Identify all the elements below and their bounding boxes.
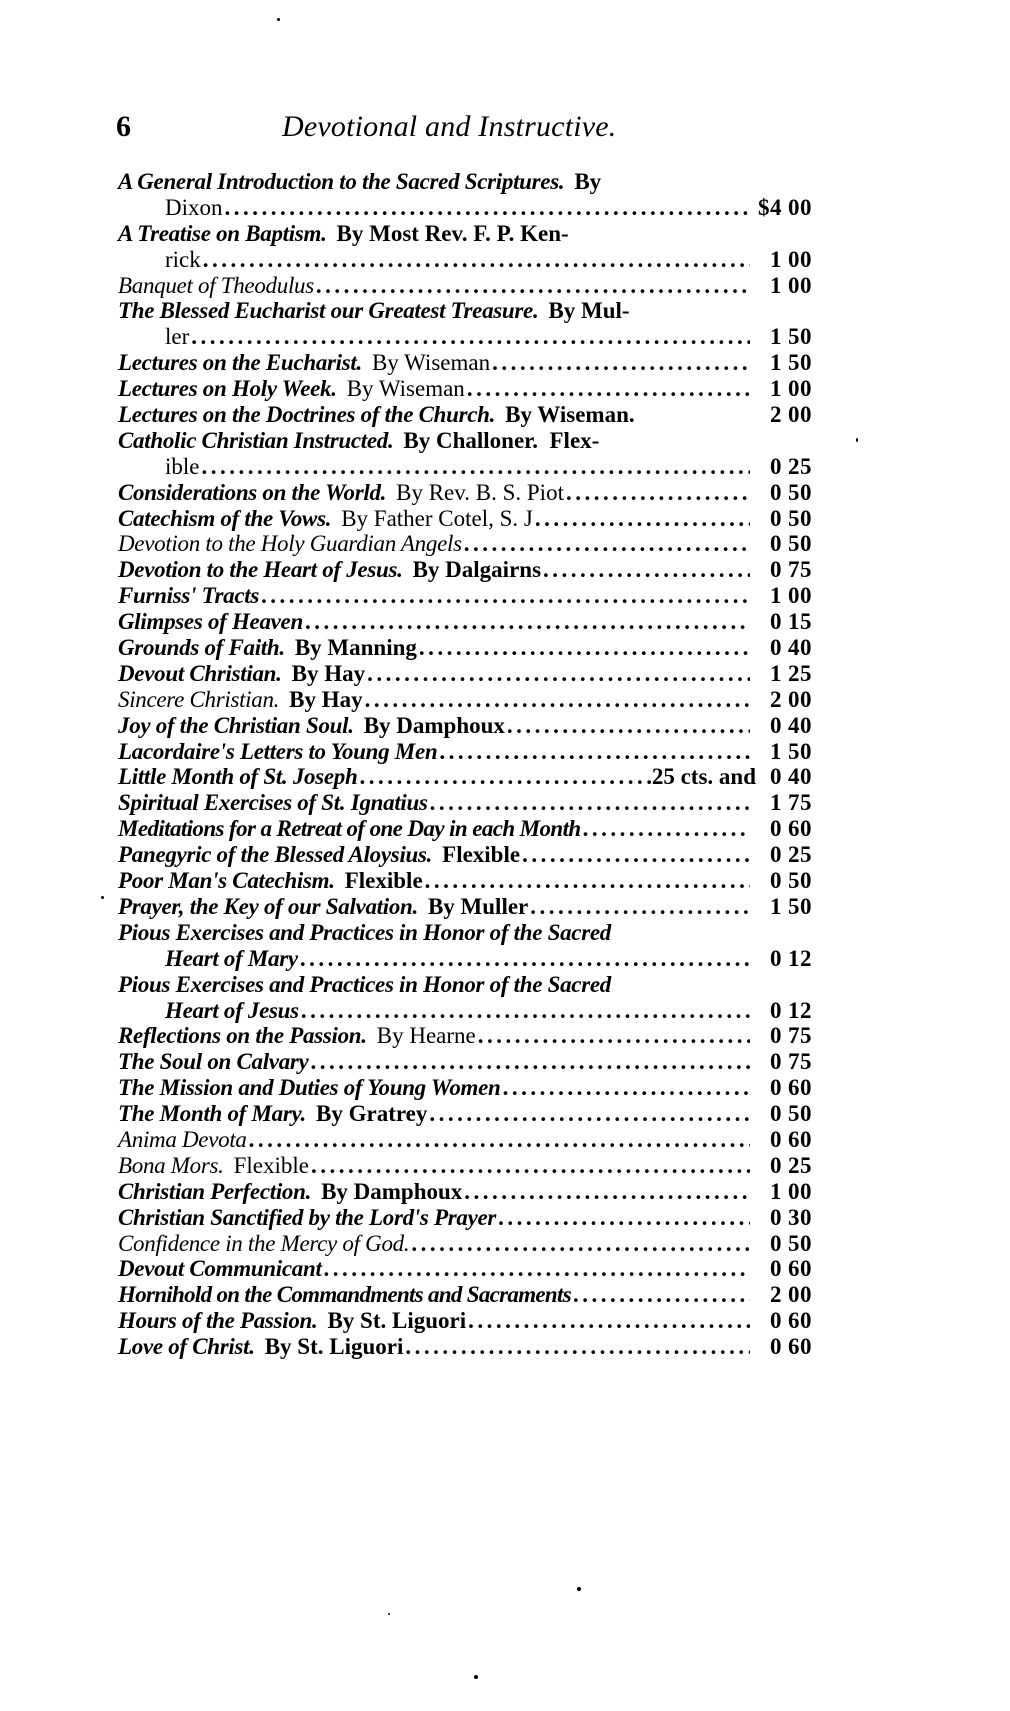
catalog-entry-continuation: ible 025 bbox=[118, 454, 812, 480]
price-cents: 00 bbox=[788, 247, 812, 272]
leader-dots bbox=[316, 273, 750, 299]
catalog-entry: Devotion to the Holy Guardian Angels 050 bbox=[118, 531, 812, 557]
entry-price: 100 bbox=[756, 273, 812, 299]
catalog-entry: Lectures on the Eucharist. By Wiseman 15… bbox=[118, 350, 812, 376]
price-cents: 12 bbox=[788, 946, 812, 971]
catalog-entry: Confidence in the Mercy of God. 050 bbox=[118, 1231, 812, 1257]
entry-author: By Father Cotel, S. J bbox=[341, 506, 533, 532]
price-dollars: 0 bbox=[770, 713, 782, 738]
entry-price: 200 bbox=[756, 687, 812, 713]
leader-dots bbox=[464, 531, 750, 557]
price-dollars: 0 bbox=[770, 764, 782, 789]
price-cents: 00 bbox=[788, 402, 812, 427]
leader-dots bbox=[498, 1205, 750, 1231]
entry-title: The Soul on Calvary bbox=[118, 1049, 308, 1075]
entry-continuation-title: Heart of Mary bbox=[165, 946, 298, 972]
entry-continuation: ler bbox=[165, 324, 189, 350]
price-cents: 00 bbox=[788, 195, 812, 220]
leader-dots bbox=[543, 557, 750, 583]
catalog-entry: Love of Christ. By St. Liguori 060 bbox=[118, 1334, 812, 1360]
price-dollars: 1 bbox=[770, 583, 782, 608]
entry-title: Love of Christ. bbox=[118, 1334, 255, 1360]
entry-author: By Hearne bbox=[377, 1023, 476, 1049]
entry-title: Confidence in the Mercy of God. bbox=[118, 1231, 409, 1257]
entry-price: 012 bbox=[756, 946, 812, 972]
price-dollars: 0 bbox=[770, 1334, 782, 1359]
price-cents: 25 bbox=[788, 1153, 812, 1178]
leader-dots bbox=[411, 1231, 750, 1257]
price-dollars: 0 bbox=[770, 868, 782, 893]
entry-title: Lectures on the Doctrines of the Church. bbox=[118, 402, 495, 428]
entry-price: 040 bbox=[762, 764, 812, 790]
entry-title: Meditations for a Retreat of one Day in … bbox=[118, 816, 581, 842]
entry-title: Lectures on the Eucharist. bbox=[118, 350, 362, 376]
entry-title: Devotion to the Heart of Jesus. bbox=[118, 557, 403, 583]
catalog-entry-continuation: rick 100 bbox=[118, 247, 812, 273]
entry-title: Pious Exercises and Practices in Honor o… bbox=[118, 920, 611, 946]
price-dollars: 0 bbox=[770, 506, 782, 531]
book-catalog-list: A General Introduction to the Sacred Scr… bbox=[118, 169, 812, 1360]
leader-dots bbox=[507, 713, 750, 739]
price-cents: 15 bbox=[788, 609, 812, 634]
price-cents: 00 bbox=[788, 687, 812, 712]
price-cents: 50 bbox=[788, 531, 812, 556]
entry-title: The Mission and Duties of Young Women bbox=[118, 1075, 501, 1101]
entry-price: 050 bbox=[756, 506, 812, 532]
price-dollars: 0 bbox=[770, 816, 782, 841]
price-dollars: 0 bbox=[770, 946, 782, 971]
price-cents: 30 bbox=[788, 1205, 812, 1230]
entry-title: Reflections on the Passion. bbox=[118, 1023, 367, 1049]
catalog-entry: Furniss' Tracts 100 bbox=[118, 583, 812, 609]
scan-speck bbox=[474, 1675, 478, 1679]
entry-author: By Wiseman. bbox=[505, 402, 635, 428]
catalog-entry: Devout Christian. By Hay 125 bbox=[118, 661, 812, 687]
entry-continuation: ible bbox=[165, 454, 200, 480]
price-cents: 50 bbox=[788, 350, 812, 375]
entry-author: By Hay bbox=[292, 661, 365, 687]
catalog-entry-continuation: Dixon $400 bbox=[118, 195, 812, 221]
price-cents: 75 bbox=[788, 557, 812, 582]
entry-author: By Most Rev. F. P. Ken- bbox=[337, 221, 569, 247]
entry-price: 025 bbox=[756, 842, 812, 868]
price-cents: 00 bbox=[788, 1282, 812, 1307]
leader-dots bbox=[225, 195, 751, 221]
entry-title: Anima Devota bbox=[118, 1127, 247, 1153]
entry-price: 150 bbox=[756, 739, 812, 765]
catalog-entry: Hornihold on the Commandments and Sacram… bbox=[118, 1282, 812, 1308]
entry-price: 100 bbox=[756, 376, 812, 402]
entry-author: By Muller bbox=[428, 894, 528, 920]
entry-author: By Damphoux bbox=[321, 1179, 462, 1205]
entry-price: 012 bbox=[756, 998, 812, 1024]
price-dollars: 1 bbox=[770, 376, 782, 401]
leader-dots bbox=[439, 739, 750, 765]
entry-title: Lacordaire's Letters to Young Men bbox=[118, 739, 437, 765]
catalog-page: 6 Devotional and Instructive. A General … bbox=[0, 0, 1010, 1711]
entry-price: 050 bbox=[756, 480, 812, 506]
entry-author: By St. Liguori bbox=[327, 1308, 466, 1334]
price-cents: 60 bbox=[788, 1308, 812, 1333]
price-dollars: 1 bbox=[770, 350, 782, 375]
scan-speck bbox=[388, 1613, 390, 1615]
entry-author: Flexible bbox=[345, 868, 423, 894]
price-dollars: 0 bbox=[770, 1153, 782, 1178]
catalog-entry: Christian Sanctified by the Lord's Praye… bbox=[118, 1205, 812, 1231]
price-dollars: 0 bbox=[770, 1075, 782, 1100]
entry-title: Banquet of Theodulus bbox=[118, 273, 314, 299]
entry-price: 060 bbox=[756, 1127, 812, 1153]
entry-title: Devout Communicant bbox=[118, 1256, 322, 1282]
entry-price: 100 bbox=[756, 1179, 812, 1205]
catalog-entry-continuation: Heart of Jesus 012 bbox=[118, 998, 812, 1024]
leader-dots bbox=[535, 506, 750, 532]
price-cents: 00 bbox=[788, 583, 812, 608]
leader-dots bbox=[261, 583, 750, 609]
entry-price: 150 bbox=[756, 350, 812, 376]
entry-price: 060 bbox=[756, 1308, 812, 1334]
entry-title: A Treatise on Baptism. bbox=[118, 221, 327, 247]
leader-dots bbox=[301, 998, 750, 1024]
catalog-entry: Sincere Christian. By Hay 200 bbox=[118, 687, 812, 713]
price-cents: 40 bbox=[788, 635, 812, 660]
price-cents: 50 bbox=[788, 324, 812, 349]
entry-price: 050 bbox=[756, 1101, 812, 1127]
leader-dots bbox=[503, 1075, 750, 1101]
price-dollars: 0 bbox=[770, 1256, 782, 1281]
price-dollars: 1 bbox=[770, 894, 782, 919]
entry-title: Hours of the Passion. bbox=[118, 1308, 317, 1334]
scan-speck bbox=[577, 1587, 581, 1591]
price-dollars: 1 bbox=[770, 1179, 782, 1204]
entry-author: By Rev. B. S. Piot bbox=[396, 480, 564, 506]
scan-speck bbox=[277, 18, 280, 21]
entry-author: By St. Liguori bbox=[265, 1334, 404, 1360]
price-dollars: 2 bbox=[770, 402, 782, 427]
catalog-entry: A General Introduction to the Sacred Scr… bbox=[118, 169, 812, 195]
entry-price: 050 bbox=[756, 531, 812, 557]
entry-price: 050 bbox=[756, 1231, 812, 1257]
entry-continuation: rick bbox=[165, 247, 201, 273]
catalog-entry-continuation: Heart of Mary 012 bbox=[118, 946, 812, 972]
price-dollars: 0 bbox=[770, 842, 782, 867]
price-cents: 60 bbox=[788, 1075, 812, 1100]
price-cents: 60 bbox=[788, 1334, 812, 1359]
catalog-entry: Anima Devota 060 bbox=[118, 1127, 812, 1153]
scan-speck bbox=[101, 896, 104, 899]
entry-price: 150 bbox=[756, 324, 812, 350]
entry-author: By Challoner. Flex- bbox=[403, 428, 599, 454]
scan-speck bbox=[856, 438, 858, 442]
catalog-entry: Meditations for a Retreat of one Day in … bbox=[118, 816, 812, 842]
catalog-entry: Lectures on the Doctrines of the Church.… bbox=[118, 402, 812, 428]
entry-price: 050 bbox=[756, 868, 812, 894]
entry-price: 175 bbox=[756, 790, 812, 816]
price-cents: 50 bbox=[788, 1101, 812, 1126]
price-cents: 50 bbox=[788, 506, 812, 531]
price-cents: 40 bbox=[788, 764, 812, 789]
price-cents: 75 bbox=[788, 790, 812, 815]
entry-price: 100 bbox=[756, 583, 812, 609]
price-cents: 50 bbox=[788, 868, 812, 893]
catalog-entry: Lacordaire's Letters to Young Men 150 bbox=[118, 739, 812, 765]
price-cents: 50 bbox=[788, 739, 812, 764]
leader-dots bbox=[530, 894, 750, 920]
entry-price: 075 bbox=[756, 557, 812, 583]
leader-dots bbox=[467, 376, 750, 402]
catalog-entry: Reflections on the Passion. By Hearne 07… bbox=[118, 1023, 812, 1049]
entry-continuation-title: Heart of Jesus bbox=[165, 998, 299, 1024]
page-header: 6 Devotional and Instructive. bbox=[116, 110, 816, 150]
price-dollars: 1 bbox=[770, 247, 782, 272]
entry-title: Catholic Christian Instructed. bbox=[118, 428, 393, 454]
entry-title: Christian Sanctified by the Lord's Praye… bbox=[118, 1205, 496, 1231]
entry-title: Lectures on Holy Week. bbox=[118, 376, 337, 402]
leader-dots bbox=[311, 1153, 750, 1179]
price-dollars: 0 bbox=[770, 1101, 782, 1126]
leader-dots bbox=[310, 1049, 750, 1075]
entry-price: 200 bbox=[756, 402, 812, 428]
leader-dots bbox=[478, 1023, 750, 1049]
entry-author: Flexible bbox=[234, 1153, 309, 1179]
catalog-entry: Catholic Christian Instructed. By Challo… bbox=[118, 428, 812, 454]
entry-title: Christian Perfection. bbox=[118, 1179, 311, 1205]
price-dollars: 0 bbox=[770, 1023, 782, 1048]
running-title: Devotional and Instructive. bbox=[282, 110, 617, 144]
entry-price: 030 bbox=[756, 1205, 812, 1231]
entry-title: The Month of Mary. bbox=[118, 1101, 306, 1127]
price-dollars: 4 bbox=[770, 195, 782, 220]
catalog-entry: Devout Communicant 060 bbox=[118, 1256, 812, 1282]
price-dollars: 0 bbox=[770, 635, 782, 660]
leader-dots bbox=[324, 1256, 750, 1282]
catalog-entry: Banquet of Theodulus 100 bbox=[118, 273, 812, 299]
entry-price: 015 bbox=[756, 609, 812, 635]
price-cents: 00 bbox=[788, 376, 812, 401]
entry-author: By Damphoux bbox=[364, 713, 505, 739]
price-dollars: 0 bbox=[770, 998, 782, 1023]
entry-title: Bona Mors. bbox=[118, 1153, 224, 1179]
leader-dots bbox=[300, 946, 750, 972]
entry-author: By bbox=[574, 169, 601, 195]
entry-price: 100 bbox=[756, 247, 812, 273]
entry-price: 025 bbox=[756, 454, 812, 480]
price-dollars: 0 bbox=[770, 1205, 782, 1230]
price-dollars: 0 bbox=[770, 1231, 782, 1256]
catalog-entry: Grounds of Faith. By Manning 040 bbox=[118, 635, 812, 661]
leader-dots bbox=[468, 1308, 750, 1334]
entry-title: A General Introduction to the Sacred Scr… bbox=[118, 169, 564, 195]
currency-symbol: $ bbox=[758, 195, 770, 220]
entry-title: Grounds of Faith. bbox=[118, 635, 285, 661]
price-cents: 25 bbox=[788, 661, 812, 686]
entry-title: The Blessed Eucharist our Greatest Treas… bbox=[118, 298, 538, 324]
price-dollars: 2 bbox=[770, 1282, 782, 1307]
leader-dots bbox=[202, 454, 751, 480]
entry-author: By Dalgairns bbox=[413, 557, 541, 583]
leader-dots bbox=[430, 790, 750, 816]
price-cents: 75 bbox=[788, 1023, 812, 1048]
leader-dots bbox=[405, 1334, 750, 1360]
price-dollars: 1 bbox=[770, 324, 782, 349]
leader-dots bbox=[203, 247, 750, 273]
entry-price: 125 bbox=[756, 661, 812, 687]
price-cents: 60 bbox=[788, 1256, 812, 1281]
leader-dots bbox=[573, 1282, 750, 1308]
catalog-entry: Panegyric of the Blessed Aloysius. Flexi… bbox=[118, 842, 812, 868]
entry-title: Considerations on the World. bbox=[118, 480, 386, 506]
catalog-entry-continuation: ler 150 bbox=[118, 324, 812, 350]
leader-dots bbox=[464, 1179, 750, 1205]
price-dollars: 0 bbox=[770, 1127, 782, 1152]
entry-title: Devotion to the Holy Guardian Angels bbox=[118, 531, 462, 557]
catalog-entry: The Blessed Eucharist our Greatest Treas… bbox=[118, 298, 812, 324]
entry-price: 200 bbox=[756, 1282, 812, 1308]
entry-price: 060 bbox=[756, 1334, 812, 1360]
entry-title: Devout Christian. bbox=[118, 661, 282, 687]
entry-title: Little Month of St. Joseph bbox=[118, 764, 357, 790]
entry-author: By Wiseman bbox=[372, 350, 490, 376]
page-number: 6 bbox=[116, 110, 131, 144]
entry-title: Glimpses of Heaven bbox=[118, 609, 303, 635]
entry-price: 060 bbox=[756, 816, 812, 842]
price-dollars: 1 bbox=[770, 661, 782, 686]
catalog-entry: The Mission and Duties of Young Women 06… bbox=[118, 1075, 812, 1101]
price-dollars: 0 bbox=[770, 1308, 782, 1333]
entry-price: 075 bbox=[756, 1049, 812, 1075]
catalog-entry: Poor Man's Catechism. Flexible 050 bbox=[118, 868, 812, 894]
catalog-entry: Joy of the Christian Soul. By Damphoux 0… bbox=[118, 713, 812, 739]
entry-title: Joy of the Christian Soul. bbox=[118, 713, 354, 739]
price-cents: 25 bbox=[788, 454, 812, 479]
price-dollars: 0 bbox=[770, 454, 782, 479]
catalog-entry: The Month of Mary. By Gratrey 050 bbox=[118, 1101, 812, 1127]
price-dollars: 1 bbox=[770, 739, 782, 764]
entry-title: Pious Exercises and Practices in Honor o… bbox=[118, 972, 611, 998]
entry-continuation: Dixon bbox=[165, 195, 223, 221]
price-cents: 50 bbox=[788, 1231, 812, 1256]
price-cents: 40 bbox=[788, 713, 812, 738]
entry-author: By Mul- bbox=[548, 298, 629, 324]
catalog-entry: Hours of the Passion. By St. Liguori 060 bbox=[118, 1308, 812, 1334]
price-dollars: 1 bbox=[770, 790, 782, 815]
price-dollars: 0 bbox=[770, 1049, 782, 1074]
entry-author: By Manning bbox=[295, 635, 417, 661]
leader-dots bbox=[429, 1101, 750, 1127]
price-cents: 60 bbox=[788, 1127, 812, 1152]
catalog-entry: Pious Exercises and Practices in Honor o… bbox=[118, 920, 812, 946]
price-cents: 25 bbox=[788, 842, 812, 867]
catalog-entry: Lectures on Holy Week. By Wiseman 100 bbox=[118, 376, 812, 402]
catalog-entry: A Treatise on Baptism. By Most Rev. F. P… bbox=[118, 221, 812, 247]
catalog-entry: Little Month of St. Joseph 25 cts. and 0… bbox=[118, 764, 812, 790]
entry-price: 040 bbox=[756, 635, 812, 661]
entry-price: 060 bbox=[756, 1256, 812, 1282]
price-dollars: 0 bbox=[770, 531, 782, 556]
catalog-entry: The Soul on Calvary 075 bbox=[118, 1049, 812, 1075]
price-dollars: 0 bbox=[770, 557, 782, 582]
price-dollars: 0 bbox=[770, 609, 782, 634]
catalog-entry: Devotion to the Heart of Jesus. By Dalga… bbox=[118, 557, 812, 583]
entry-title: Spiritual Exercises of St. Ignatius bbox=[118, 790, 428, 816]
entry-price: 060 bbox=[756, 1075, 812, 1101]
entry-title: Hornihold on the Commandments and Sacram… bbox=[118, 1282, 571, 1308]
entry-price: 075 bbox=[756, 1023, 812, 1049]
price-cents: 50 bbox=[788, 894, 812, 919]
leader-dots bbox=[305, 609, 750, 635]
entry-title: Catechism of the Vows. bbox=[118, 506, 331, 532]
catalog-entry: Bona Mors. Flexible 025 bbox=[118, 1153, 812, 1179]
price-note: 25 cts. and bbox=[652, 764, 756, 790]
entry-author: By Hay bbox=[289, 687, 362, 713]
entry-price: $400 bbox=[756, 195, 812, 221]
leader-dots bbox=[359, 764, 651, 790]
price-dollars: 1 bbox=[770, 273, 782, 298]
entry-price: 040 bbox=[756, 713, 812, 739]
leader-dots bbox=[492, 350, 750, 376]
entry-author: Flexible bbox=[442, 842, 520, 868]
leader-dots bbox=[365, 687, 750, 713]
catalog-entry: Glimpses of Heaven 015 bbox=[118, 609, 812, 635]
entry-title: Prayer, the Key of our Salvation. bbox=[118, 894, 418, 920]
entry-title: Sincere Christian. bbox=[118, 687, 279, 713]
catalog-entry: Pious Exercises and Practices in Honor o… bbox=[118, 972, 812, 998]
price-cents: 12 bbox=[788, 998, 812, 1023]
entry-price: 025 bbox=[756, 1153, 812, 1179]
price-cents: 00 bbox=[788, 273, 812, 298]
entry-title: Furniss' Tracts bbox=[118, 583, 259, 609]
leader-dots bbox=[367, 661, 750, 687]
catalog-entry: Considerations on the World. By Rev. B. … bbox=[118, 480, 812, 506]
price-cents: 50 bbox=[788, 480, 812, 505]
catalog-entry: Spiritual Exercises of St. Ignatius 175 bbox=[118, 790, 812, 816]
leader-dots bbox=[191, 324, 750, 350]
catalog-entry: Prayer, the Key of our Salvation. By Mul… bbox=[118, 894, 812, 920]
leader-dots bbox=[425, 868, 750, 894]
entry-price: 150 bbox=[756, 894, 812, 920]
entry-title: Poor Man's Catechism. bbox=[118, 868, 335, 894]
leader-dots bbox=[566, 480, 750, 506]
entry-author: By Gratrey bbox=[316, 1101, 427, 1127]
entry-author: By Wiseman bbox=[347, 376, 465, 402]
leader-dots bbox=[419, 635, 750, 661]
price-cents: 60 bbox=[788, 816, 812, 841]
price-dollars: 2 bbox=[770, 687, 782, 712]
price-dollars: 0 bbox=[770, 480, 782, 505]
leader-dots bbox=[522, 842, 750, 868]
price-cents: 75 bbox=[788, 1049, 812, 1074]
entry-title: Panegyric of the Blessed Aloysius. bbox=[118, 842, 432, 868]
catalog-entry: Christian Perfection. By Damphoux 100 bbox=[118, 1179, 812, 1205]
price-cents: 00 bbox=[788, 1179, 812, 1204]
leader-dots bbox=[583, 816, 750, 842]
catalog-entry: Catechism of the Vows. By Father Cotel, … bbox=[118, 506, 812, 532]
leader-dots bbox=[249, 1127, 750, 1153]
